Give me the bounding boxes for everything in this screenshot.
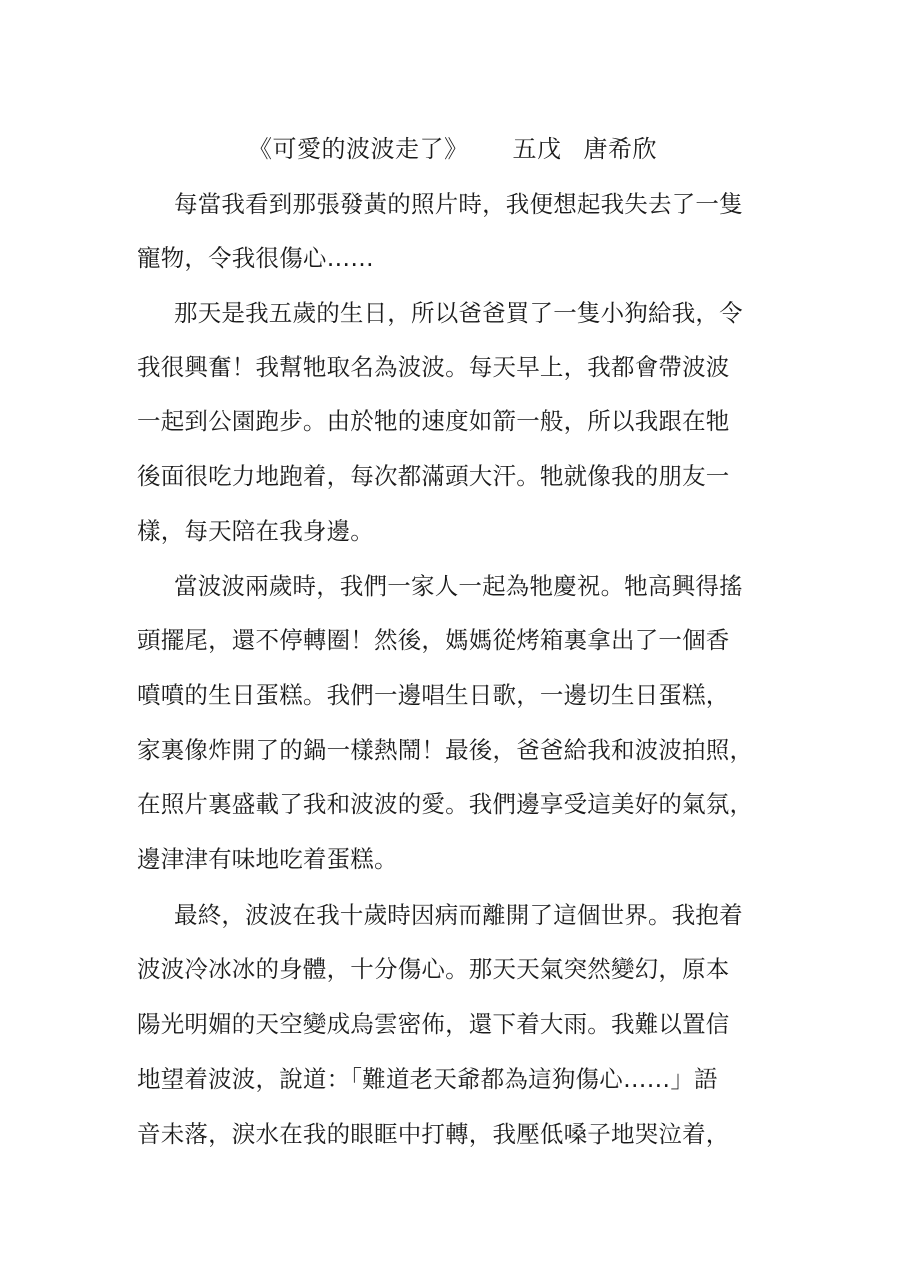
text-line: 頭擺尾，還不停轉圈！然後，媽媽從烤箱裏拿出了一個香 — [137, 624, 730, 656]
text-line: 後面很吃力地跑着，每次都滿頭大汗。牠就像我的朋友一 — [137, 460, 730, 492]
essay-title: 《可愛的波波走了》五戊唐希欣 — [0, 133, 905, 165]
text-line: 我很興奮！我幫牠取名為波波。每天早上，我都會帶波波 — [137, 351, 730, 383]
text-line: 寵物，令我很傷心…… — [137, 242, 374, 274]
essay-title-class: 五戊 — [513, 135, 562, 163]
document-page: 《可愛的波波走了》五戊唐希欣 每當我看到那張發黃的照片時，我便想起我失去了一隻 … — [0, 0, 905, 1280]
text-line: 家裏像炸開了的鍋一樣熱鬧！最後，爸爸給我和波波拍照， — [137, 734, 753, 766]
text-line: 波波冷冰冰的身體，十分傷心。那天天氣突然變幻，原本 — [137, 953, 730, 985]
text-line: 在照片裏盛載了我和波波的愛。我們邊享受這美好的氣氛， — [137, 788, 753, 820]
text-line: 當波波兩歲時，我們一家人一起為牠慶祝。牠高興得搖 — [174, 570, 743, 602]
text-line: 那天是我五歲的生日，所以爸爸買了一隻小狗給我，令 — [174, 297, 743, 329]
text-line: 噴噴的生日蛋糕。我們一邊唱生日歌，一邊切生日蛋糕， — [137, 679, 730, 711]
text-line: 邊津津有味地吃着蛋糕。 — [137, 843, 398, 875]
essay-title-author: 唐希欣 — [584, 135, 658, 163]
text-line: 地望着波波，說道：「難道老天爺都為這狗傷心……」語 — [137, 1063, 718, 1095]
text-line: 樣，每天陪在我身邊。 — [137, 515, 374, 547]
text-line: 一起到公園跑步。由於牠的速度如箭一般，所以我跟在牠 — [137, 405, 730, 437]
text-line: 每當我看到那張發黃的照片時，我便想起我失去了一隻 — [174, 188, 743, 220]
essay-title-work: 《可愛的波波走了》 — [248, 135, 469, 163]
text-line: 音未落，淚水在我的眼眶中打轉，我壓低嗓子地哭泣着， — [137, 1118, 730, 1150]
text-line: 陽光明媚的天空變成烏雲密佈，還下着大雨。我難以置信 — [137, 1008, 730, 1040]
text-line: 最終，波波在我十歲時因病而離開了這個世界。我抱着 — [174, 899, 743, 931]
